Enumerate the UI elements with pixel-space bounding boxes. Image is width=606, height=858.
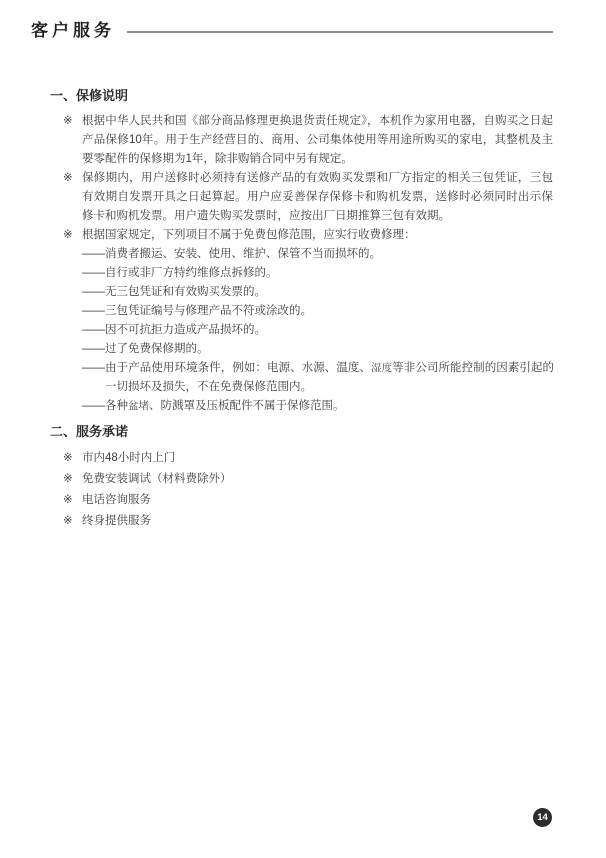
warranty-bullet: ※ 根据国家规定，下列项目不属于免费包修范围，应实行收费修理： (63, 226, 553, 245)
exclusion-item: ——过了免费保修期的。 (82, 340, 554, 359)
exclusion-text: ——因不可抗拒力造成产品损坏的。 (82, 324, 266, 336)
exclusion-text-variant: 湿度 (371, 363, 392, 374)
service-item: ※ 免费安装调试（材料费除外） (63, 469, 553, 490)
page-header: 客户服务 (31, 18, 553, 44)
service-item: ※ 终身提供服务 (63, 511, 553, 532)
exclusion-text: ——消费者搬运、安装、使用、维护、保管不当而损坏的。 (82, 248, 381, 260)
exclusion-text-variant: 盆堵 (128, 401, 149, 412)
exclusion-text: ——三包凭证编号与修理产品不符或涂改的。 (82, 305, 312, 317)
reference-mark: ※ (63, 448, 82, 469)
warranty-bullet-text: 保修期内，用户送修时必须持有送修产品的有效购买发票和厂方指定的相关三包凭证，三包… (82, 169, 553, 226)
service-item: ※ 电话咨询服务 (63, 490, 553, 511)
reference-mark: ※ (63, 511, 82, 532)
service-heading: 二、服务承诺 (50, 424, 553, 440)
page-number-badge: 14 (533, 808, 552, 827)
reference-mark: ※ (63, 469, 82, 490)
exclusion-item: ——因不可抗拒力造成产品损坏的。 (82, 321, 554, 340)
service-item-text: 免费安装调试（材料费除外） (82, 469, 232, 490)
exclusion-item: ——无三包凭证和有效购买发票的。 (82, 283, 554, 302)
exclusion-text: 、防溅罩及压板配件不属于保修范围。 (149, 400, 345, 412)
warranty-heading: 一、保修说明 (50, 88, 553, 104)
exclusion-text: ——无三包凭证和有效购买发票的。 (82, 286, 266, 298)
exclusion-item: ——三包凭证编号与修理产品不符或涂改的。 (82, 302, 554, 321)
title-rule-divider (127, 31, 553, 33)
warranty-bullet: ※ 根据中华人民共和国《部分商品修理更换退货责任规定》，本机作为家用电器，自购买… (63, 112, 553, 169)
exclusion-text: ——各种 (82, 400, 128, 412)
exclusion-text: ——自行或非厂方特约维修点拆修的。 (82, 267, 278, 279)
page-title: 客户服务 (31, 18, 115, 44)
exclusion-item: ——各种盆堵、防溅罩及压板配件不属于保修范围。 (82, 397, 554, 416)
reference-mark: ※ (63, 490, 82, 511)
warranty-bullet-text: 根据国家规定，下列项目不属于免费包修范围，应实行收费修理： (82, 226, 553, 245)
reference-mark: ※ (63, 226, 82, 245)
reference-mark: ※ (63, 112, 82, 169)
exclusion-item: ——消费者搬运、安装、使用、维护、保管不当而损坏的。 (82, 245, 554, 264)
exclusion-text: ——过了免费保修期的。 (82, 343, 209, 355)
service-section: 二、服务承诺 ※ 市内48小时内上门 ※ 免费安装调试（材料费除外） ※ 电话咨… (31, 424, 553, 532)
exclusion-text: ——由于产品使用环境条件，例如：电源、水源、温度、 (82, 362, 371, 374)
service-item-text: 电话咨询服务 (82, 490, 151, 511)
warranty-bullet: ※ 保修期内，用户送修时必须持有送修产品的有效购买发票和厂方指定的相关三包凭证，… (63, 169, 553, 226)
service-item: ※ 市内48小时内上门 (63, 448, 553, 469)
service-item-text: 市内48小时内上门 (82, 448, 175, 469)
manual-page: 客户服务 一、保修说明 ※ 根据中华人民共和国《部分商品修理更换退货责任规定》，… (0, 0, 606, 858)
exclusion-item: ——自行或非厂方特约维修点拆修的。 (82, 264, 554, 283)
warranty-section: 一、保修说明 ※ 根据中华人民共和国《部分商品修理更换退货责任规定》，本机作为家… (31, 88, 553, 416)
warranty-bullet-text: 根据中华人民共和国《部分商品修理更换退货责任规定》，本机作为家用电器，自购买之日… (82, 112, 553, 169)
reference-mark: ※ (63, 169, 82, 226)
exclusion-item: ——由于产品使用环境条件，例如：电源、水源、温度、湿度等非公司所能控制的因素引起… (82, 359, 554, 397)
service-item-text: 终身提供服务 (82, 511, 151, 532)
